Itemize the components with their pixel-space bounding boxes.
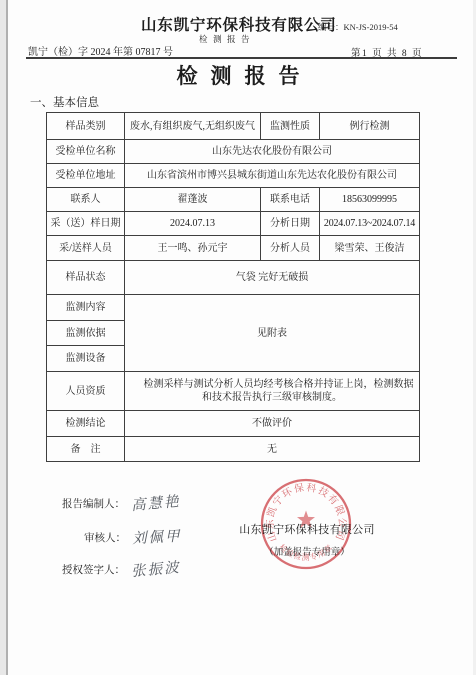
reviewer-label: 审核人： bbox=[84, 530, 126, 545]
sampling-date-value: 2024.07.13 bbox=[125, 212, 261, 236]
sampler-value: 王一鸣、孙元宇 bbox=[125, 236, 261, 261]
monitor-nature-value: 例行检测 bbox=[320, 113, 420, 140]
analyst-label: 分析人员 bbox=[261, 236, 320, 261]
report-title: 检测报告 bbox=[0, 60, 476, 90]
client-addr-value: 山东省滨州市博兴县城东街道山东先达农化股份有限公司 bbox=[125, 164, 420, 188]
contact-value: 翟蓬波 bbox=[125, 188, 261, 212]
personnel-value: 检测采样与测试分析人员均经考核合格并持证上岗，检测数据和技术报告执行三级审核制度… bbox=[125, 372, 420, 411]
authorizer-label: 授权签字人： bbox=[62, 562, 125, 577]
report-scan-page: 山东凯宁环保科技有限公司 编号：KN-JS-2019-54 检测报告 凯宁（检）… bbox=[0, 0, 476, 675]
section-heading: 一、基本信息 bbox=[30, 94, 99, 110]
monitor-nature-label: 监测性质 bbox=[261, 113, 320, 140]
authorizer-row: 授权签字人： 张振波 bbox=[62, 562, 181, 579]
client-addr-label: 受检单位地址 bbox=[47, 164, 125, 188]
client-name-value: 山东先达农化股份有限公司 bbox=[125, 140, 420, 164]
remark-label: 备 注 bbox=[47, 437, 125, 462]
sampling-date-label: 采（送）样日期 bbox=[47, 212, 125, 236]
contact-label: 联系人 bbox=[47, 188, 125, 212]
sample-type-value: 废水,有组织废气,无组织废气 bbox=[125, 113, 261, 140]
analysis-date-value: 2024.07.13~2024.07.14 bbox=[320, 212, 420, 236]
compiler-label: 报告编制人： bbox=[62, 496, 125, 511]
analysis-date-label: 分析日期 bbox=[261, 212, 320, 236]
report-serial-number: 编号：KN-JS-2019-54 bbox=[318, 21, 398, 33]
compiler-signature: 高慧艳 bbox=[130, 490, 181, 515]
monitor-basis-label: 监测依据 bbox=[47, 321, 125, 346]
client-name-label: 受检单位名称 bbox=[47, 140, 125, 164]
scan-left-edge-line bbox=[6, 0, 8, 675]
sample-state-label: 样品状态 bbox=[47, 261, 125, 295]
document-number: 凯宁（检）字 2024 年第 07817 号 bbox=[28, 43, 173, 58]
company-seal-stamp: 山东凯宁环保科技有限公司 检验检测专用章 bbox=[246, 464, 366, 584]
reviewer-row: 审核人： 刘佩甲 bbox=[84, 530, 182, 547]
see-attachment-value: 见附表 bbox=[125, 295, 420, 372]
doc-type-subtitle: 检测报告 bbox=[199, 33, 255, 45]
analyst-value: 梁雪荣、王俊洁 bbox=[320, 236, 420, 261]
svg-text:检验检测专用章: 检验检测专用章 bbox=[277, 542, 335, 562]
personnel-label: 人员资质 bbox=[47, 372, 125, 411]
authorizer-signature: 张振波 bbox=[130, 556, 181, 581]
remark-value: 无 bbox=[125, 437, 420, 462]
basic-info-table: 样品类别 废水,有组织废气,无组织废气 监测性质 例行检测 受检单位名称 山东先… bbox=[46, 112, 420, 462]
phone-value: 18563099995 bbox=[320, 188, 420, 212]
conclusion-label: 检测结论 bbox=[47, 411, 125, 437]
sampler-label: 采/送样人员 bbox=[47, 236, 125, 261]
compiler-row: 报告编制人： 高慧艳 bbox=[62, 496, 181, 513]
conclusion-value: 不做评价 bbox=[125, 411, 420, 437]
reviewer-signature: 刘佩甲 bbox=[131, 525, 182, 549]
sample-type-label: 样品类别 bbox=[47, 113, 125, 140]
sample-state-value: 气袋 完好无破损 bbox=[125, 261, 420, 295]
seal-bottom-text: 检验检测专用章 bbox=[277, 542, 335, 562]
seal-star-icon bbox=[297, 511, 315, 528]
monitor-content-label: 监测内容 bbox=[47, 295, 125, 321]
monitor-device-label: 监测设备 bbox=[47, 346, 125, 372]
header-divider bbox=[26, 57, 457, 59]
phone-label: 联系电话 bbox=[261, 188, 320, 212]
company-name-header: 山东凯宁环保科技有限公司 bbox=[141, 13, 337, 35]
